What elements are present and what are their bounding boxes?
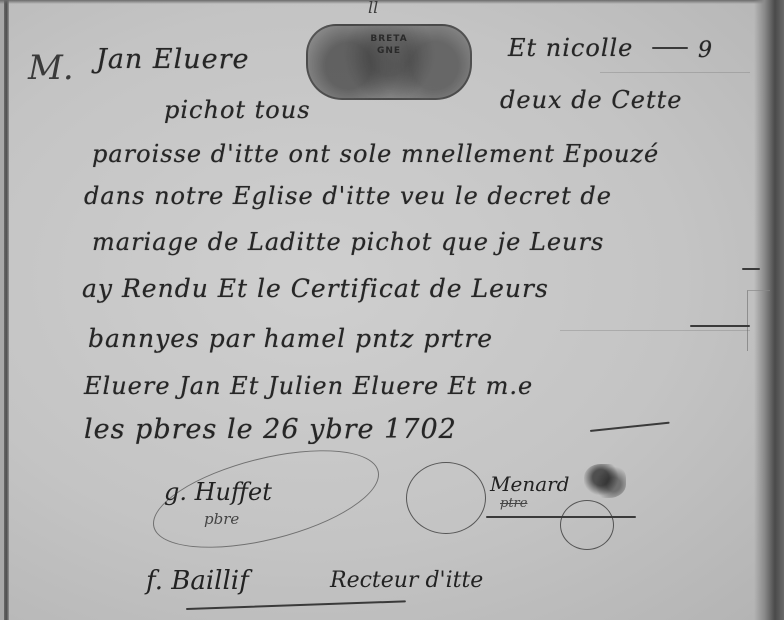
signature-paraph <box>584 464 626 498</box>
entry-line-1-left: Jan Eluere <box>96 44 250 75</box>
binding-edge <box>4 0 9 620</box>
dash-stroke <box>652 47 688 49</box>
entry-line-4: dans notre Eglise d'itte veu le decret d… <box>84 182 612 210</box>
top-page-edge <box>0 0 784 4</box>
page-fold <box>747 290 770 351</box>
date-underline <box>590 422 670 432</box>
ruled-line <box>600 72 750 73</box>
register-page: ll M. BRETA GNE Jan Eluere Et nicolle 9 … <box>0 0 784 620</box>
dash-stroke <box>742 268 760 270</box>
ruled-line <box>560 330 750 331</box>
entry-line-2-right: deux de Cette <box>500 86 682 114</box>
entry-line-5: mariage de Laditte pichot que je Leurs <box>92 228 604 256</box>
signature-huffet-title: pbre <box>204 510 239 528</box>
entry-line-7: bannyes par hamel pntz prtre <box>88 324 493 353</box>
signature-underline <box>186 600 406 609</box>
signature-flourish <box>406 462 486 534</box>
entry-line-9: les pbres le 26 ybre 1702 <box>84 414 457 445</box>
signature-menard: Menard <box>490 472 569 496</box>
signature-huffet: g. Huffet <box>164 478 272 506</box>
signature-baillif: f. Baillif <box>146 566 249 596</box>
entry-line-6: ay Rendu Et le Certificat de Leurs <box>82 274 549 303</box>
entry-line-1-right: Et nicolle <box>508 34 633 62</box>
stamp-line-1: BRETA <box>308 34 470 44</box>
entry-line-3: paroisse d'itte ont sole mnellement Epou… <box>92 140 659 168</box>
entry-line-2-left: pichot tous <box>164 96 311 124</box>
margin-note: M. <box>28 48 74 88</box>
signature-baillif-title: Recteur d'itte <box>330 568 483 593</box>
entry-line-1-tail: 9 <box>698 38 713 63</box>
signature-flourish <box>560 500 614 550</box>
folio-mark: ll <box>368 0 378 17</box>
entry-line-8: Eluere Jan Et Julien Eluere Et m.e <box>84 372 533 400</box>
signature-menard-title: ptre <box>500 496 527 511</box>
stamp-line-2: GNE <box>308 46 470 56</box>
signature-underline <box>486 516 636 518</box>
tax-stamp: BRETA GNE <box>306 24 472 100</box>
dash-stroke <box>690 325 750 327</box>
